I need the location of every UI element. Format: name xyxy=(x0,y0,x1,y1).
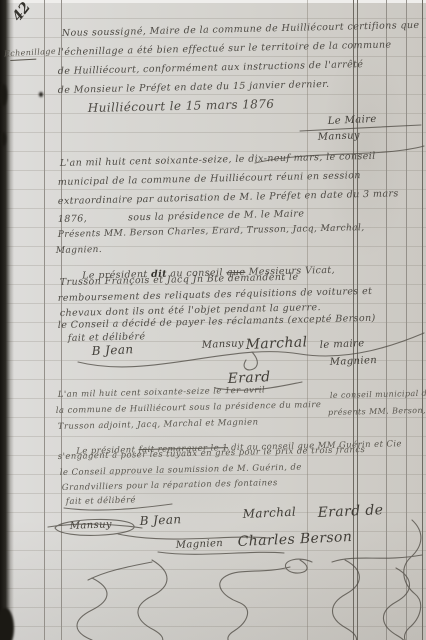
signature-magnien: Magnien xyxy=(330,355,378,368)
margin-note-echenillage: Echenillage xyxy=(4,47,57,62)
margin-note-underline xyxy=(10,59,36,61)
deliberation-line: la commune de Huilliécourt sous la prési… xyxy=(56,400,322,416)
deliberation-line: Présents MM. Berson Charles, Erard, Trus… xyxy=(58,223,365,240)
certificate-line: de Huilliécourt, conformément aux instru… xyxy=(58,59,364,77)
deliberation-line: 1876, sous la présidence de M. le Maire xyxy=(58,208,305,225)
deliberation-line: Magnien. xyxy=(56,245,102,256)
column-line-6 xyxy=(422,0,423,640)
signature-bjean: B Jean xyxy=(91,342,133,358)
ink-dot xyxy=(39,92,43,97)
certificate-dateline: Huilliécourt le 15 mars 1876 xyxy=(88,97,275,115)
closing-formula: fait et délibéré xyxy=(68,331,146,344)
certificate-line: Nous soussigné, Maire de la commune de H… xyxy=(62,20,420,39)
deliberation-line: municipal de la commune de Huilliécourt … xyxy=(58,170,361,188)
signature-magnien: Magnien xyxy=(176,538,224,551)
deliberation-line: L'an mil huit cent soixante-seize, le di… xyxy=(60,151,376,169)
column-line-4 xyxy=(386,0,387,640)
deliberation-line: Trusson adjoint, Jacq, Marchal et Magnie… xyxy=(58,417,259,432)
maire-signature: Mansuy xyxy=(318,130,361,143)
maire-signature-title: Le Maire xyxy=(328,114,377,127)
ink-blotch xyxy=(1,132,6,146)
signature-erard: Erard de xyxy=(317,502,383,521)
certificate-line: de Monsieur le Préfet en date du 15 janv… xyxy=(58,79,330,96)
signature-le-maire: le maire xyxy=(320,338,365,351)
column-line-5 xyxy=(406,0,407,640)
scan-top-edge xyxy=(0,0,426,3)
scanned-register-page: 42 Echenillage Nous soussigné, Maire de … xyxy=(0,0,426,640)
margin-note-text: Echenillage xyxy=(4,47,56,59)
signature-bjean: B Jean xyxy=(139,512,181,528)
ink-blotch xyxy=(0,84,7,106)
deliberation-line: extraordinaire par autorisation de M. le… xyxy=(58,188,399,207)
right-margin-note: le conseil municipal de xyxy=(330,389,426,400)
signature-marchal: Marchal xyxy=(245,334,307,353)
deliberation-line: L'an mil huit cent soixante-seize le 1er… xyxy=(58,385,265,400)
certificate-line: l'échenillage a été bien effectué sur le… xyxy=(58,39,392,58)
signature-marchal: Marchal xyxy=(242,505,296,521)
signature-mansuy: Mansuy xyxy=(70,519,113,532)
closing-formula: fait et délibéré xyxy=(66,495,136,507)
right-margin-note: présents MM. Berson, Er xyxy=(328,405,426,417)
deliberation-line: Grandvilliers pour la réparation des fon… xyxy=(62,478,278,493)
signature-mansuy: Mansuy xyxy=(202,338,245,351)
margin-line-left-1 xyxy=(44,0,45,640)
